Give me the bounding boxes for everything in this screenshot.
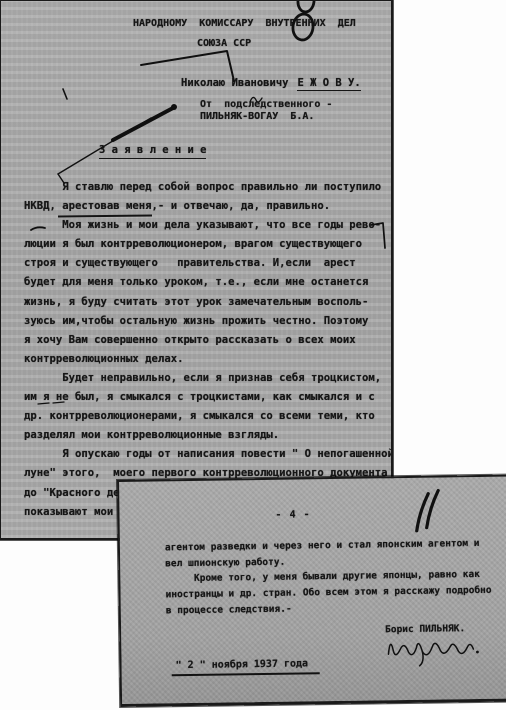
header-ussr-line: СОЮЗА ССР xyxy=(197,38,251,49)
handwritten-signature xyxy=(388,643,479,666)
date-line: " 2 " ноября 1937 года xyxy=(172,658,321,676)
small-tick-mark xyxy=(63,89,67,99)
photo-background: НАРОДНОМУ КОМИССАРУ ВНУТРЕННИХ ДЕЛ СОЮЗА… xyxy=(0,0,506,710)
typed-signature: Борис ПИЛЬНЯК. xyxy=(385,623,465,635)
sender-block: От подследственного - ПИЛЬНЯК-ВОГАУ Б.А. xyxy=(200,99,332,123)
document-page-1: НАРОДНОМУ КОМИССАРУ ВНУТРЕННИХ ДЕЛ СОЮЗА… xyxy=(0,0,393,540)
double-slash-mark xyxy=(416,491,439,531)
addressee-line: Николаю ИвановичуЕ Ж О В У. xyxy=(181,77,361,89)
document-page-2: - 4 - агентом разведки и через него и ст… xyxy=(117,474,506,707)
arrow-head-blob xyxy=(171,104,177,110)
statement-title: З а я в л е н и е xyxy=(99,144,206,159)
page1-body-text: Я ставлю перед собой вопрос правильно ли… xyxy=(24,178,393,522)
page-number: - 4 - xyxy=(275,509,310,520)
page2-body-text: агентом разведки и через него и стал япо… xyxy=(165,536,492,619)
thick-arrow-stroke xyxy=(113,108,173,140)
addressee-name: Николаю Ивановичу xyxy=(181,77,288,89)
addressee-surname-underlined: Е Ж О В У. xyxy=(297,77,360,91)
header-commissar-line: НАРОДНОМУ КОМИССАРУ ВНУТРЕННИХ ДЕЛ xyxy=(133,18,356,29)
